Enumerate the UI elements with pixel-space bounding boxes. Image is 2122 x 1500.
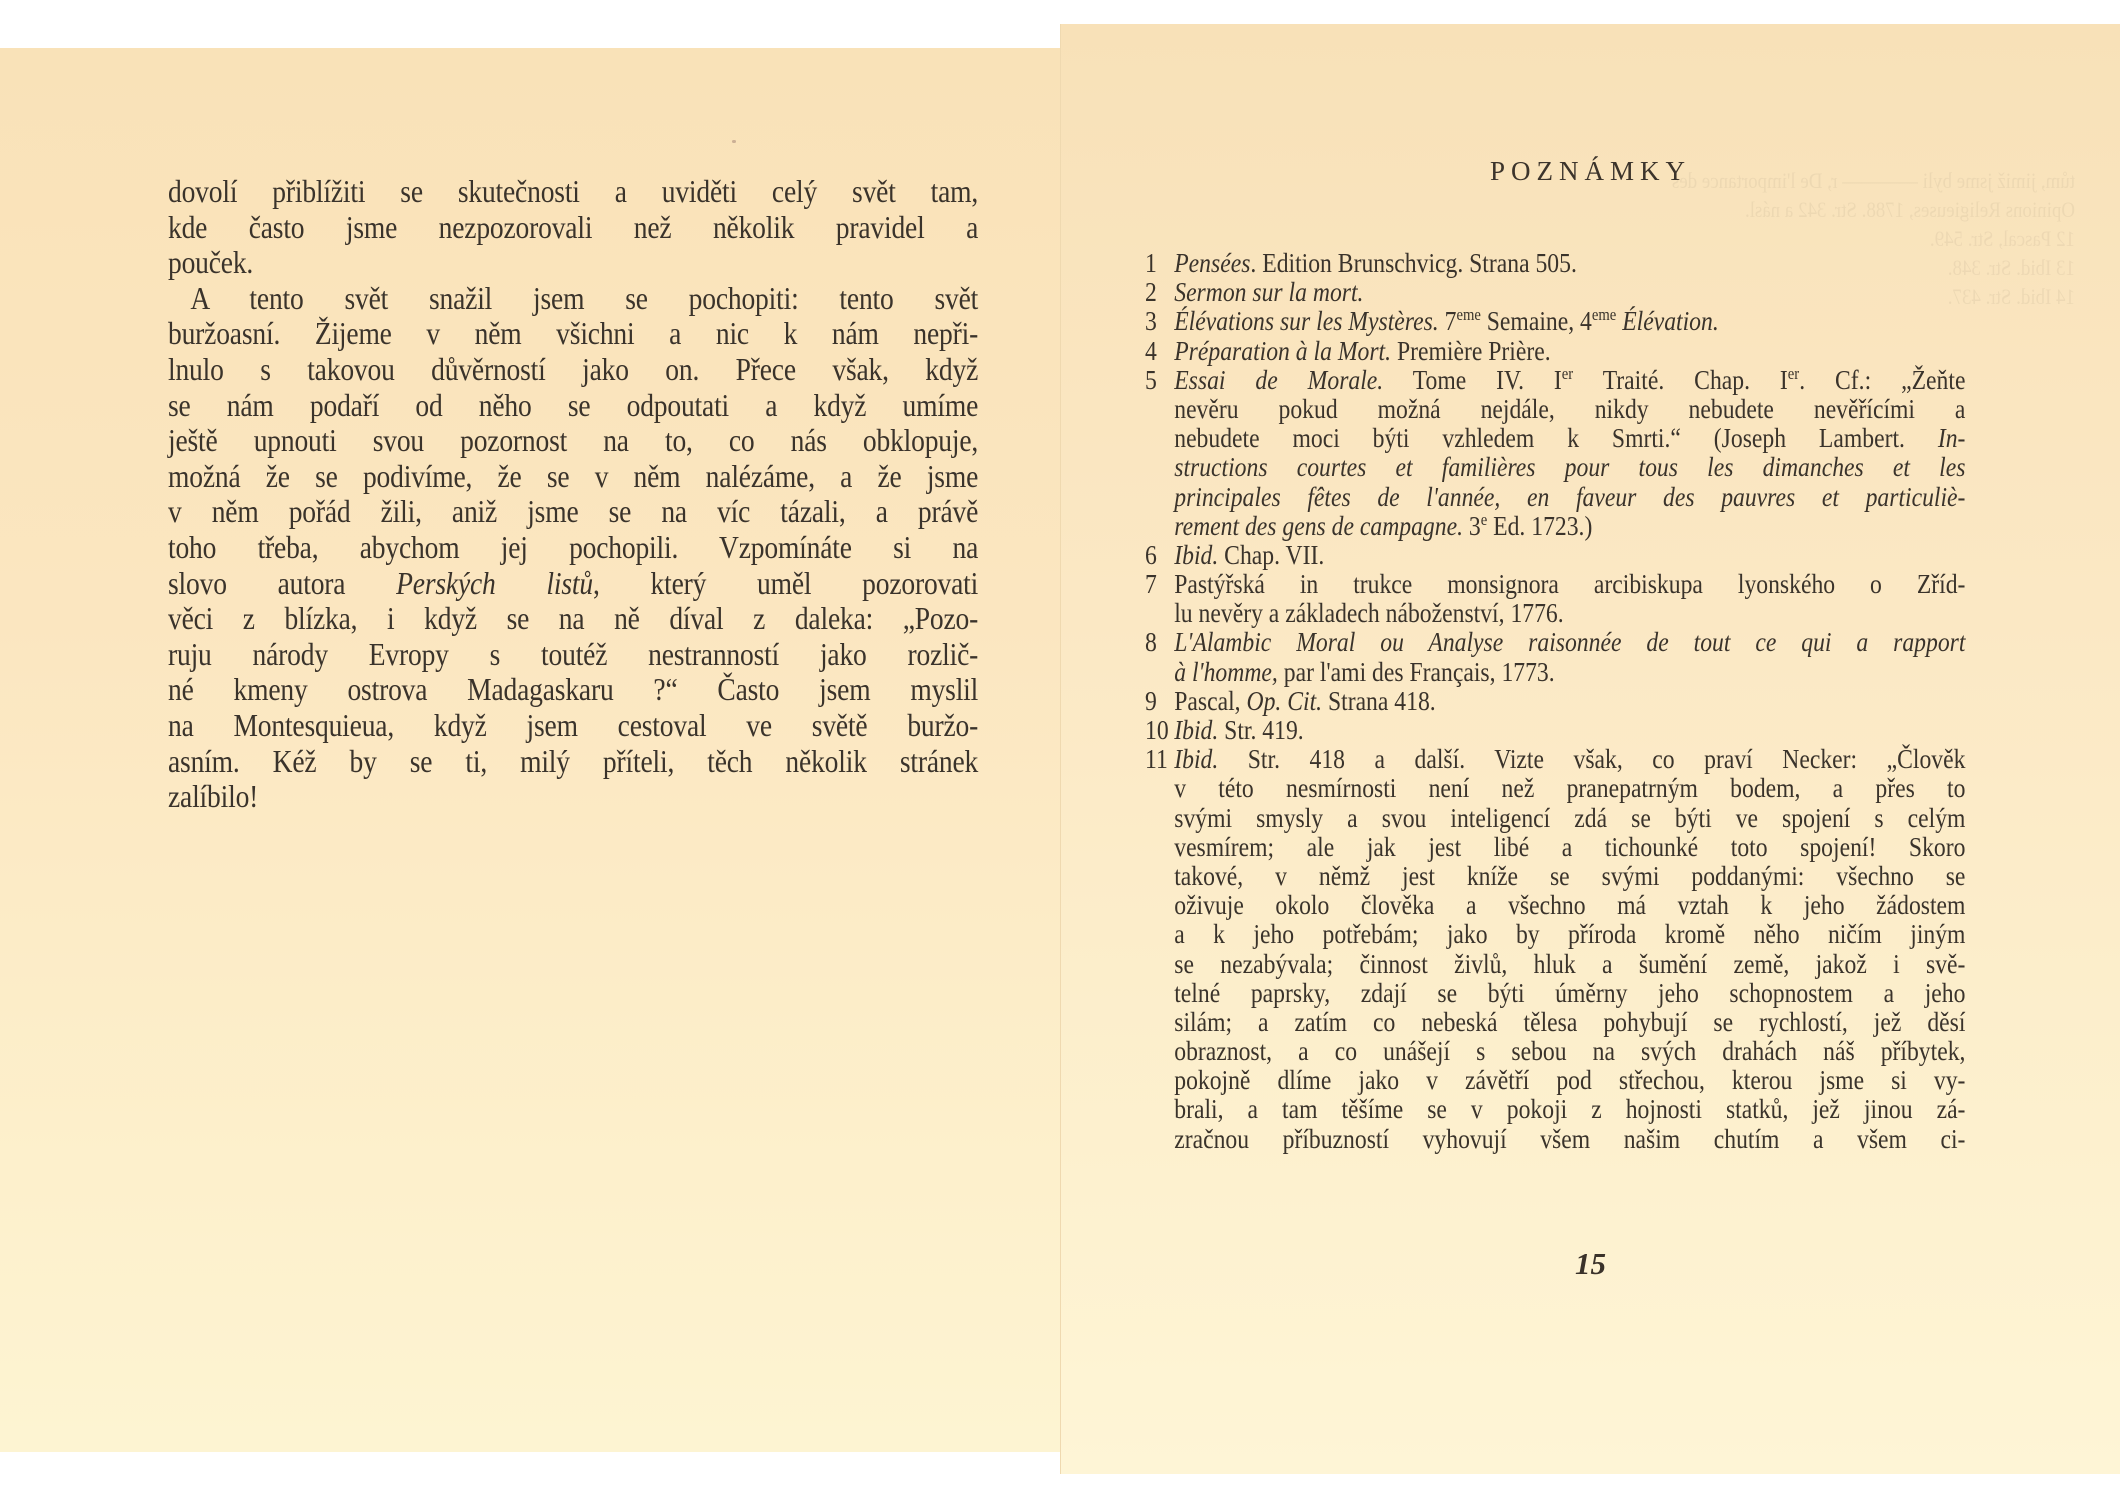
text-run: Chap. VII.: [1218, 539, 1324, 570]
note-number: 3: [1145, 306, 1167, 335]
text-line: možná že se podivíme, že se v něm nalézá…: [168, 459, 978, 495]
text-run: né kmeny ostrova Madagaskaru ?“ Často js…: [168, 671, 978, 707]
note-continuation-line: telné paprsky, zdají se býti úměrny jeho…: [1145, 978, 1965, 1007]
text-line: buržoasní. Žijeme v něm všichni a nic k …: [168, 316, 978, 352]
text-line: A tento svět snažil jsem se pochopiti: t…: [168, 281, 978, 317]
text-run: lu nevěry a základech náboženství, 1776.: [1174, 597, 1563, 628]
text-run: , který uměl pozorovati: [593, 565, 978, 601]
italic-text: principales fêtes de l'année, en faveur …: [1174, 481, 1965, 512]
note-number: 1: [1145, 248, 1167, 277]
note-number: 10: [1145, 715, 1167, 744]
notes-list: 1Pensées. Edition Brunschvicg. Strana 50…: [1145, 248, 1965, 1153]
note-continuation-line: nebudete moci býti vzhledem k Smrti.“ (J…: [1145, 423, 1965, 452]
note-number: 2: [1145, 277, 1167, 306]
text-line: lnulo s takovou důvěrností jako on. Přec…: [168, 352, 978, 388]
italic-text: Op. Cit.: [1246, 685, 1322, 716]
text-run: se nezabývala; činnost živlů, hluk a šum…: [1174, 948, 1965, 979]
superscript: eme: [1592, 305, 1616, 324]
text-run: toho třeba, abychom jej pochopili. Vzpom…: [168, 529, 978, 565]
text-line: slovo autora Perských listů, který uměl …: [168, 566, 978, 602]
note-number: 9: [1145, 686, 1167, 715]
note-continuation-line: nevěru pokud možná nejdále, nikdy nebude…: [1145, 394, 1965, 423]
text-line: pouček.: [168, 245, 978, 281]
text-run: Ed. 1723.): [1487, 510, 1592, 541]
note-continuation-line: vesmírem; ale jak jest libé a tichounké …: [1145, 832, 1965, 861]
text-run: Str. 419.: [1218, 714, 1303, 745]
italic-text: Essai de Morale.: [1174, 364, 1383, 395]
note-item: 10Ibid. Str. 419.: [1145, 715, 1965, 744]
note-number: 5: [1145, 365, 1167, 394]
right-page: tům, jimiž jsme byli ———— r, De l'import…: [1061, 24, 2120, 1474]
note-number: 8: [1145, 627, 1167, 656]
text-run: . Cf.: „Žeňte: [1799, 364, 1965, 395]
superscript: er: [1562, 364, 1573, 383]
text-run: a k jeho potřebám; jako by příroda kromě…: [1174, 918, 1965, 949]
left-page: dovolí přiblížiti se skutečnosti a uvidě…: [0, 48, 1060, 1452]
text-run: Pastýřská in trukce monsignora arcibisku…: [1174, 568, 1965, 599]
text-run: brali, a tam těšíme se v pokoji z hojnos…: [1174, 1093, 1965, 1124]
note-continuation-line: principales fêtes de l'année, en faveur …: [1145, 482, 1965, 511]
italic-text: Élévations sur les Mystères.: [1174, 305, 1438, 336]
text-run: nevěru pokud možná nejdále, nikdy nebude…: [1174, 393, 1965, 424]
text-run: zalíbilo!: [168, 778, 258, 814]
notes-heading: POZNÁMKY: [1061, 156, 2120, 187]
note-continuation-line: à l'homme, par l'ami des Français, 1773.: [1145, 657, 1965, 686]
text-run: obraznost, a co unášejí s sebou na svých…: [1174, 1035, 1965, 1066]
italic-text: Ibid.: [1174, 539, 1218, 570]
italic-text: Ibid.: [1174, 714, 1218, 745]
paper-speck: [732, 140, 736, 143]
note-continuation-line: v této nesmírnosti není než pranepatrným…: [1145, 773, 1965, 802]
text-run: Première Prière.: [1391, 335, 1551, 366]
body-text: dovolí přiblížiti se skutečnosti a uvidě…: [168, 174, 865, 815]
text-line: né kmeny ostrova Madagaskaru ?“ Často js…: [168, 672, 978, 708]
text-run: věci z blízka, i když se na ně díval z d…: [168, 600, 978, 636]
text-run: se nám podaří od něho se odpoutati a kdy…: [168, 387, 978, 423]
text-run: 7: [1439, 305, 1457, 336]
italic-text: à l'homme,: [1174, 656, 1278, 687]
text-run: Tome IV. I: [1383, 364, 1562, 395]
note-continuation-line: lu nevěry a základech náboženství, 1776.: [1145, 598, 1965, 627]
note-continuation-line: a k jeho potřebám; jako by příroda kromě…: [1145, 919, 1965, 948]
page-number: 15: [1061, 1246, 2120, 1282]
note-number: 7: [1145, 569, 1167, 598]
note-item: 7Pastýřská in trukce monsignora arcibisk…: [1145, 569, 1965, 598]
italic-text: Élévation.: [1622, 305, 1719, 336]
note-continuation-line: oživuje okolo člověka a všechno má vztah…: [1145, 890, 1965, 919]
note-number: 11: [1145, 744, 1167, 773]
note-item: 5Essai de Morale. Tome IV. Ier Traité. C…: [1145, 365, 1965, 394]
text-run: oživuje okolo člověka a všechno má vztah…: [1174, 889, 1965, 920]
text-run: slovo autora: [168, 565, 396, 601]
text-run: Pascal,: [1174, 685, 1246, 716]
italic-text: structions courtes et familières pour to…: [1174, 451, 1965, 482]
text-run: nebudete moci býti vzhledem k Smrti.“ (J…: [1174, 422, 1938, 453]
note-continuation-line: takové, v němž jest kníže se svými podda…: [1145, 861, 1965, 890]
text-run: lnulo s takovou důvěrností jako on. Přec…: [168, 351, 978, 387]
note-item: 11Ibid. Str. 418 a další. Vizte však, co…: [1145, 744, 1965, 773]
text-line: se nám podaří od něho se odpoutati a kdy…: [168, 388, 978, 424]
text-run: na Montesquieua, když jsem cestoval ve s…: [168, 707, 978, 743]
text-line: ruju národy Evropy s toutéž nestranností…: [168, 637, 978, 673]
note-continuation-line: pokojně dlíme jako v závětří pod střecho…: [1145, 1065, 1965, 1094]
note-continuation-line: svými smysly a svou inteligencí zdá se b…: [1145, 803, 1965, 832]
note-item: 9Pascal, Op. Cit. Strana 418.: [1145, 686, 1965, 715]
text-run: dovolí přiblížiti se skutečnosti a uvidě…: [168, 173, 978, 209]
italic-text: Pensées: [1174, 247, 1250, 278]
text-run: takové, v němž jest kníže se svými podda…: [1174, 860, 1965, 891]
italic-text: Sermon sur la mort.: [1174, 276, 1363, 307]
superscript: eme: [1456, 305, 1480, 324]
superscript: er: [1788, 364, 1799, 383]
text-run: 3: [1463, 510, 1481, 541]
text-line: ještě upnouti svou pozornost na to, co n…: [168, 423, 978, 459]
italic-text: Préparation à la Mort.: [1174, 335, 1391, 366]
text-run: svými smysly a svou inteligencí zdá se b…: [1174, 802, 1965, 833]
text-run: v něm pořád žili, aniž jsme se na víc tá…: [168, 493, 978, 529]
text-line: v něm pořád žili, aniž jsme se na víc tá…: [168, 494, 978, 530]
text-run: buržoasní. Žijeme v něm všichni a nic k …: [168, 315, 978, 351]
note-item: 6Ibid. Chap. VII.: [1145, 540, 1965, 569]
text-run: pouček.: [168, 244, 253, 280]
text-line: kde často jsme nezpozorovali než několik…: [168, 210, 978, 246]
text-line: zalíbilo!: [168, 779, 978, 815]
text-run: ruju národy Evropy s toutéž nestranností…: [168, 636, 978, 672]
text-run: asním. Kéž by se ti, milý příteli, těch …: [168, 743, 978, 779]
text-run: kde často jsme nezpozorovali než několik…: [168, 209, 978, 245]
note-item: 4Préparation à la Mort. Première Prière.: [1145, 336, 1965, 365]
text-run: Traité. Chap. I: [1573, 364, 1788, 395]
note-item: 3Élévations sur les Mystères. 7eme Semai…: [1145, 306, 1965, 335]
note-continuation-line: se nezabývala; činnost živlů, hluk a šum…: [1145, 949, 1965, 978]
note-continuation-line: rement des gens de campagne. 3e Ed. 1723…: [1145, 511, 1965, 540]
text-run: zračnou příbuzností vyhovují všem našim …: [1174, 1123, 1965, 1154]
italic-text: rement des gens de campagne.: [1174, 510, 1463, 541]
text-run: telné paprsky, zdají se býti úměrny jeho…: [1174, 977, 1965, 1008]
text-line: toho třeba, abychom jej pochopili. Vzpom…: [168, 530, 978, 566]
text-run: Strana 418.: [1322, 685, 1436, 716]
note-number: 4: [1145, 336, 1167, 365]
text-run: silám; a zatím co nebeská tělesa pohybuj…: [1174, 1006, 1965, 1037]
italic-text: In-: [1938, 422, 1966, 453]
text-run: Semaine, 4: [1481, 305, 1592, 336]
note-item: 8L'Alambic Moral ou Analyse raisonnée de…: [1145, 627, 1965, 656]
text-line: asním. Kéž by se ti, milý příteli, těch …: [168, 744, 978, 780]
text-run: Str. 418 a další. Vizte však, co praví N…: [1218, 743, 1965, 774]
text-run: pokojně dlíme jako v závětří pod střecho…: [1174, 1064, 1965, 1095]
text-line: dovolí přiblížiti se skutečnosti a uvidě…: [168, 174, 978, 210]
text-line: na Montesquieua, když jsem cestoval ve s…: [168, 708, 978, 744]
note-continuation-line: structions courtes et familières pour to…: [1145, 452, 1965, 481]
text-run: ještě upnouti svou pozornost na to, co n…: [168, 422, 978, 458]
text-run: v této nesmírnosti není než pranepatrným…: [1174, 772, 1965, 803]
note-continuation-line: obraznost, a co unášejí s sebou na svých…: [1145, 1036, 1965, 1065]
text-run: A tento svět snažil jsem se pochopiti: t…: [190, 280, 978, 316]
italic-text: L'Alambic Moral ou Analyse raisonnée de …: [1174, 626, 1965, 657]
note-continuation-line: silám; a zatím co nebeská tělesa pohybuj…: [1145, 1007, 1965, 1036]
note-item: 1Pensées. Edition Brunschvicg. Strana 50…: [1145, 248, 1965, 277]
note-number: 6: [1145, 540, 1167, 569]
text-run: . Edition Brunschvicg. Strana 505.: [1250, 247, 1576, 278]
text-run: možná že se podivíme, že se v něm nalézá…: [168, 458, 978, 494]
text-run: vesmírem; ale jak jest libé a tichounké …: [1174, 831, 1965, 862]
text-run: par l'ami des Français, 1773.: [1278, 656, 1555, 687]
italic-text: Ibid.: [1174, 743, 1218, 774]
text-line: věci z blízka, i když se na ně díval z d…: [168, 601, 978, 637]
note-item: 2Sermon sur la mort.: [1145, 277, 1965, 306]
italic-text: Perských listů: [396, 565, 593, 601]
note-continuation-line: zračnou příbuzností vyhovují všem našim …: [1145, 1124, 1965, 1153]
note-continuation-line: brali, a tam těšíme se v pokoji z hojnos…: [1145, 1094, 1965, 1123]
